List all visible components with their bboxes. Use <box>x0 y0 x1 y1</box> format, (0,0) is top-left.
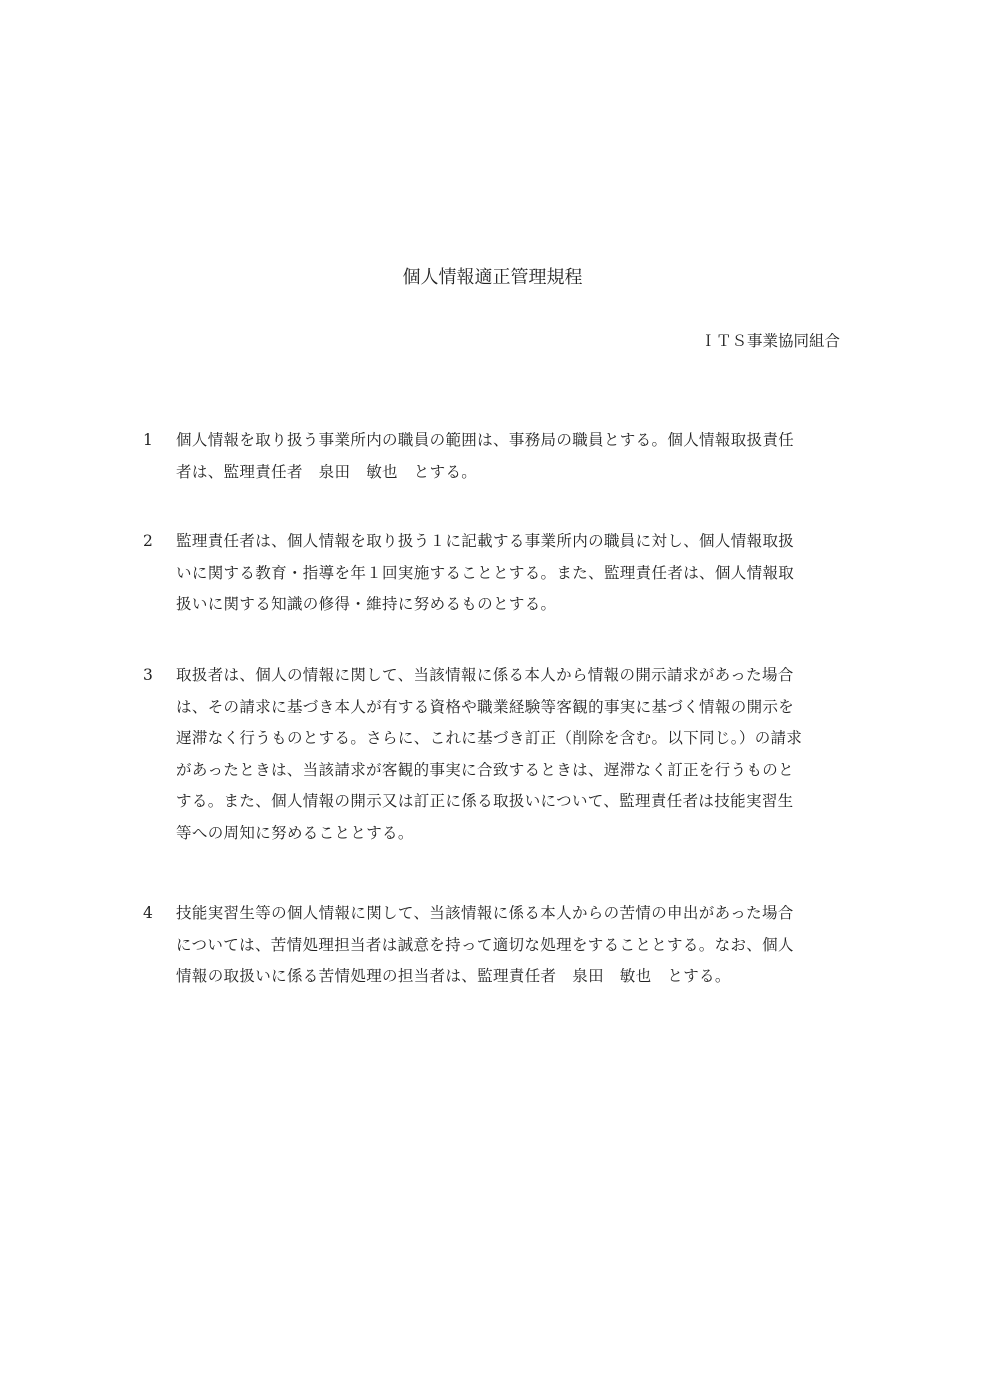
section-line: 技能実習生等の個人情報に関して、当該情報に係る本人からの苦情の申出があった場合 <box>176 898 876 930</box>
document-title: 個人情報適正管理規程 <box>0 265 985 291</box>
section-number: 4 <box>143 898 163 929</box>
section-body: 技能実習生等の個人情報に関して、当該情報に係る本人からの苦情の申出があった場合 … <box>176 898 876 993</box>
section-line: 者は、監理責任者 泉田 敏也 とする。 <box>176 457 876 489</box>
section-line: は、その請求に基づき本人が有する資格や職業経験等客観的事実に基づく情報の開示を <box>176 692 876 724</box>
section-number: 1 <box>143 425 163 456</box>
section-line: 等への周知に努めることとする。 <box>176 818 876 850</box>
section-number: 3 <box>143 660 163 691</box>
section-body: 取扱者は、個人の情報に関して、当該情報に係る本人から情報の開示請求があった場合 … <box>176 660 876 849</box>
section-number: 2 <box>143 526 163 557</box>
section-line: する。また、個人情報の開示又は訂正に係る取扱いについて、監理責任者は技能実習生 <box>176 786 876 818</box>
section-body: 監理責任者は、個人情報を取り扱う１に記載する事業所内の職員に対し、個人情報取扱 … <box>176 526 876 621</box>
section-line: があったときは、当該請求が客観的事実に合致するときは、遅滞なく訂正を行うものと <box>176 755 876 787</box>
section-line: 情報の取扱いに係る苦情処理の担当者は、監理責任者 泉田 敏也 とする。 <box>176 961 876 993</box>
section-line: 監理責任者は、個人情報を取り扱う１に記載する事業所内の職員に対し、個人情報取扱 <box>176 526 876 558</box>
section-line: いに関する教育・指導を年１回実施することとする。また、監理責任者は、個人情報取 <box>176 558 876 590</box>
section-line: 取扱者は、個人の情報に関して、当該情報に係る本人から情報の開示請求があった場合 <box>176 660 876 692</box>
section-line: 扱いに関する知識の修得・維持に努めるものとする。 <box>176 589 876 621</box>
section-line: 遅滞なく行うものとする。さらに、これに基づき訂正（削除を含む。以下同じ。）の請求 <box>176 723 876 755</box>
section-line: については、苦情処理担当者は誠意を持って適切な処理をすることとする。なお、個人 <box>176 930 876 962</box>
section-body: 個人情報を取り扱う事業所内の職員の範囲は、事務局の職員とする。個人情報取扱責任 … <box>176 425 876 488</box>
organization-name: ＩＴＳ事業協同組合 <box>700 330 840 352</box>
section-line: 個人情報を取り扱う事業所内の職員の範囲は、事務局の職員とする。個人情報取扱責任 <box>176 425 876 457</box>
document-page: 個人情報適正管理規程 ＩＴＳ事業協同組合 1 個人情報を取り扱う事業所内の職員の… <box>0 0 985 1392</box>
